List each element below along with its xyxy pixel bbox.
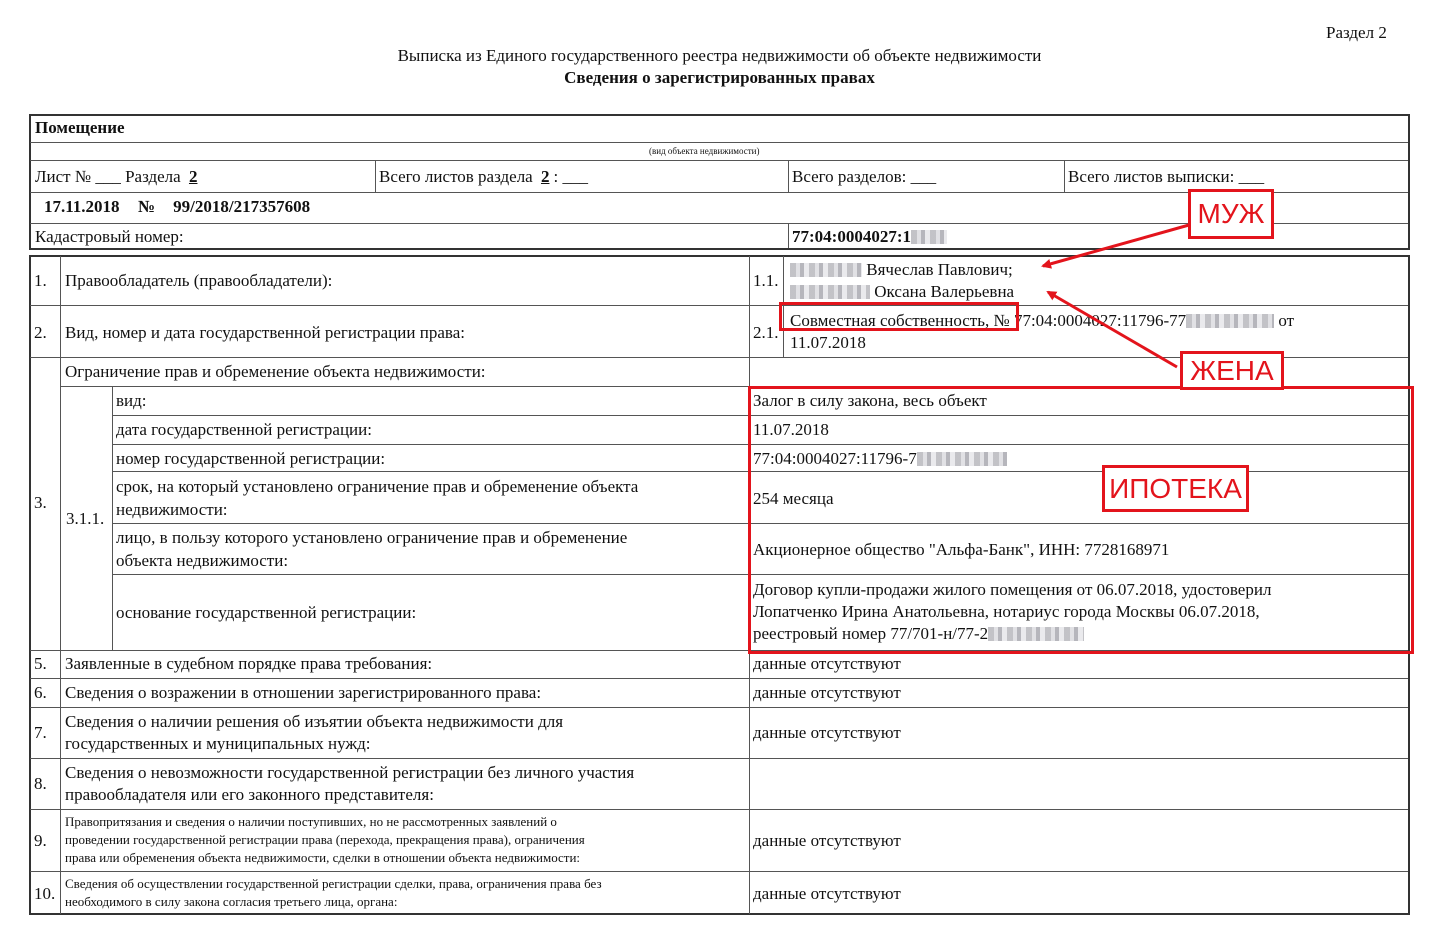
row-number: 1. xyxy=(34,270,47,292)
redacted-mark xyxy=(790,263,862,277)
sub-number: 1.1. xyxy=(753,270,779,292)
redacted-mark xyxy=(1186,314,1274,328)
row-label: права или обременения объекта недвижимос… xyxy=(65,849,580,867)
row-number: 5. xyxy=(34,653,47,675)
sub-number: 3.1.1. xyxy=(66,508,104,530)
row-label: государственных и муниципальных нужд: xyxy=(65,733,371,755)
row-value: данные отсутствуют xyxy=(753,883,901,905)
row-label: Сведения о наличии решения об изъятии об… xyxy=(65,711,563,733)
redacted-mark xyxy=(911,230,947,244)
row-value: данные отсутствуют xyxy=(753,722,901,744)
row-value: данные отсутствуют xyxy=(753,653,901,675)
right-holder-wife: Оксана Валерьевна xyxy=(790,281,1014,303)
row-label: необходимого в силу закона согласия трет… xyxy=(65,893,397,911)
row-number: 7. xyxy=(34,722,47,744)
field-label: основание государственной регистрации: xyxy=(116,602,416,624)
row-label: Заявленные в судебном порядке права треб… xyxy=(65,653,432,675)
row-label: проведении государственной регистрации п… xyxy=(65,831,585,849)
field-label: недвижимости: xyxy=(116,499,228,521)
total-sections-field: Всего разделов: ___ xyxy=(792,166,936,188)
right-registration-date: 11.07.2018 xyxy=(790,332,866,354)
section-label: Раздел 2 xyxy=(1326,22,1387,44)
object-type-caption: (вид объекта недвижимости) xyxy=(649,146,759,157)
row-number: 9. xyxy=(34,830,47,852)
cadastral-number: 77:04:0004027:1 xyxy=(792,226,947,248)
row-number: 8. xyxy=(34,773,47,795)
row-label: Правопритязания и сведения о наличии пос… xyxy=(65,813,557,831)
row-label: правообладателя или его законного предст… xyxy=(65,784,434,806)
field-label: дата государственной регистрации: xyxy=(116,419,372,441)
row-value: данные отсутствуют xyxy=(753,682,901,704)
field-label: вид: xyxy=(116,390,147,412)
right-holder-husband: Вячеслав Павлович; xyxy=(790,259,1013,281)
row-label: Вид, номер и дата государственной регист… xyxy=(65,322,465,344)
husband-arrow-icon xyxy=(1043,225,1189,266)
sub-number: 2.1. xyxy=(753,322,779,344)
field-label: объекта недвижимости: xyxy=(116,550,288,572)
total-extract-sheets-field: Всего листов выписки: ___ xyxy=(1068,166,1264,188)
joint-ownership-highlight xyxy=(779,302,1019,331)
row-label: Сведения об осуществлении государственно… xyxy=(65,875,602,893)
cadastral-label: Кадастровый номер: xyxy=(35,226,184,248)
field-label: лицо, в пользу которого установлено огра… xyxy=(116,527,627,549)
row-label: Сведения о невозможности государственной… xyxy=(65,762,634,784)
page-title: Выписка из Единого государственного реес… xyxy=(0,45,1439,67)
husband-label: МУЖ xyxy=(1188,189,1274,239)
field-label: срок, на который установлено ограничение… xyxy=(116,476,638,498)
sheet-number-field: Лист № ___ Раздела 2 xyxy=(35,166,201,188)
row-number: 2. xyxy=(34,322,47,344)
page-subtitle: Сведения о зарегистрированных правах xyxy=(0,67,1439,89)
mortgage-label: ИПОТЕКА xyxy=(1102,465,1249,512)
total-section-sheets-field: Всего листов раздела 2: ___ xyxy=(379,166,588,188)
field-label: номер государственной регистрации: xyxy=(116,448,385,470)
row-number: 10. xyxy=(34,883,55,905)
row-value: данные отсутствуют xyxy=(753,830,901,852)
row-number: 6. xyxy=(34,682,47,704)
row-label: Правообладатель (правообладатели): xyxy=(65,270,332,292)
row-number: 3. xyxy=(34,492,47,514)
redacted-mark xyxy=(790,285,870,299)
row-label: Сведения о возражении в отношении зареги… xyxy=(65,682,541,704)
row-label: Ограничение прав и обременение объекта н… xyxy=(65,361,486,383)
wife-label: ЖЕНА xyxy=(1180,351,1284,390)
object-type: Помещение xyxy=(35,117,125,139)
mortgage-highlight xyxy=(748,386,1414,654)
extract-date-number: 17.11.2018 № 99/2018/217357608 xyxy=(44,196,310,218)
